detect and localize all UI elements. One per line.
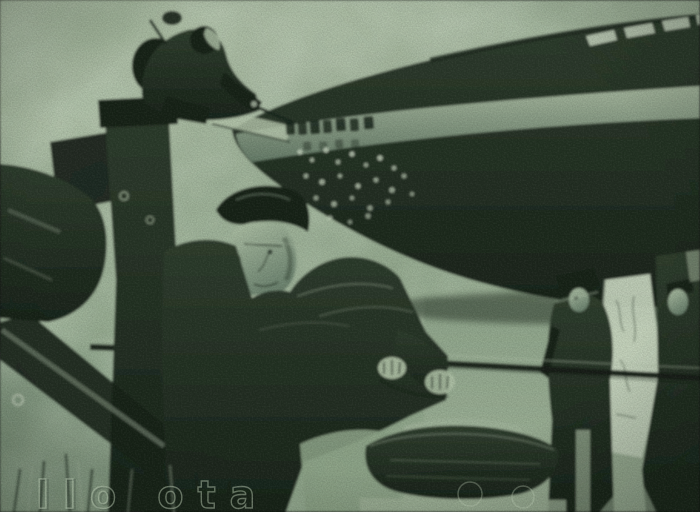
film-grain-light <box>0 0 700 512</box>
halftone-print-photo: llo ota llo ota <box>0 0 700 512</box>
